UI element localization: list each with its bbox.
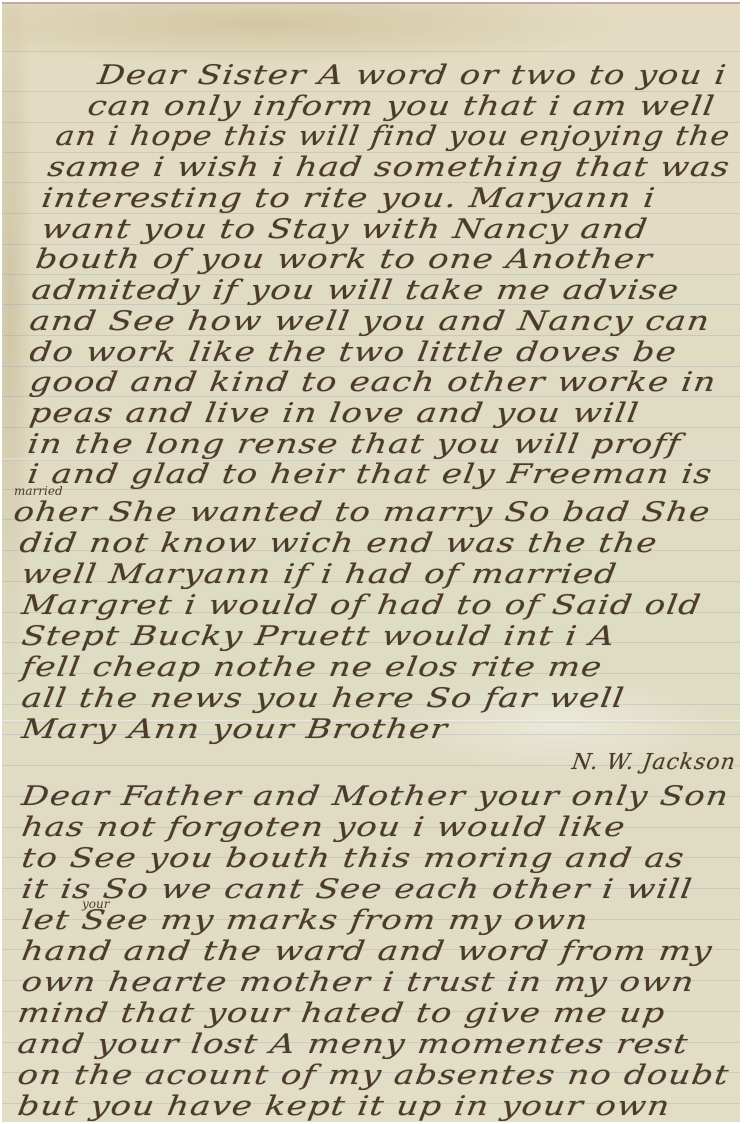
ruled-line bbox=[2, 51, 740, 52]
letter-line: an i hope this will find you enjoying th… bbox=[54, 121, 733, 152]
letter-line: i and glad to heir that ely Freeman is bbox=[26, 459, 715, 490]
letter-line: Stept Bucky Pruett would int i A bbox=[20, 621, 618, 652]
letter-line: Margret i would of had to of Said old bbox=[20, 590, 704, 621]
letter-line: Dear Sister A word or two to you i bbox=[96, 60, 729, 91]
letter-line: all the news you here So far well bbox=[20, 683, 627, 714]
letter-line: well Maryann if i had of married bbox=[20, 559, 620, 590]
letter-line: on the acount of my absentes no doubt bbox=[16, 1060, 732, 1091]
letter-line: let See my marks from my own bbox=[20, 905, 591, 936]
letter-line: fell cheap nothe ne elos rite me bbox=[20, 652, 605, 683]
letter-line: want you to Stay with Nancy and bbox=[40, 214, 650, 245]
letter-line: same i wish i had something that was bbox=[46, 152, 733, 183]
letter-line: to See you bouth this moring and as bbox=[20, 843, 687, 874]
letter-line: bouth of you work to one Another bbox=[34, 244, 655, 275]
signature: N. W. Jackson bbox=[570, 750, 737, 775]
insertion-note: married bbox=[14, 484, 63, 498]
letter-line: oher She wanted to marry So bad She bbox=[12, 497, 713, 528]
letter-line: it is So we cant See each other i will bbox=[20, 874, 695, 905]
letter-line: good and kind to each other worke in bbox=[28, 367, 719, 398]
letter-line: Dear Father and Mother your only Son bbox=[20, 781, 732, 812]
letter-line: has not forgoten you i would like bbox=[20, 812, 628, 843]
letter-line: Mary Ann your Brother bbox=[20, 714, 450, 745]
letter-line: peas and live in love and you will bbox=[28, 398, 642, 429]
letter-line: did not know wich end was the the bbox=[18, 528, 660, 559]
letter-line: hand and the ward and word from my bbox=[20, 936, 715, 967]
letter-line: and See how well you and Nancy can bbox=[28, 306, 713, 337]
letter-line: but you have kept it up in your own bbox=[16, 1091, 673, 1122]
letter-line: admitedy if you will take me advise bbox=[30, 275, 682, 306]
letter-line: in the long rense that you will proff bbox=[26, 429, 684, 460]
letter-line: do work like the two little doves be bbox=[28, 337, 680, 368]
letter-line: interesting to rite you. Maryann i bbox=[40, 183, 658, 214]
letter-page: Dear Sister A word or two to you i can o… bbox=[2, 2, 740, 1122]
letter-line: mind that your hated to give me up bbox=[16, 998, 668, 1029]
letter-line: own hearte mother i trust in my own bbox=[20, 967, 697, 998]
letter-line: and your lost A meny momentes rest bbox=[16, 1029, 691, 1060]
letter-line: can only inform you that i am well bbox=[86, 91, 718, 122]
